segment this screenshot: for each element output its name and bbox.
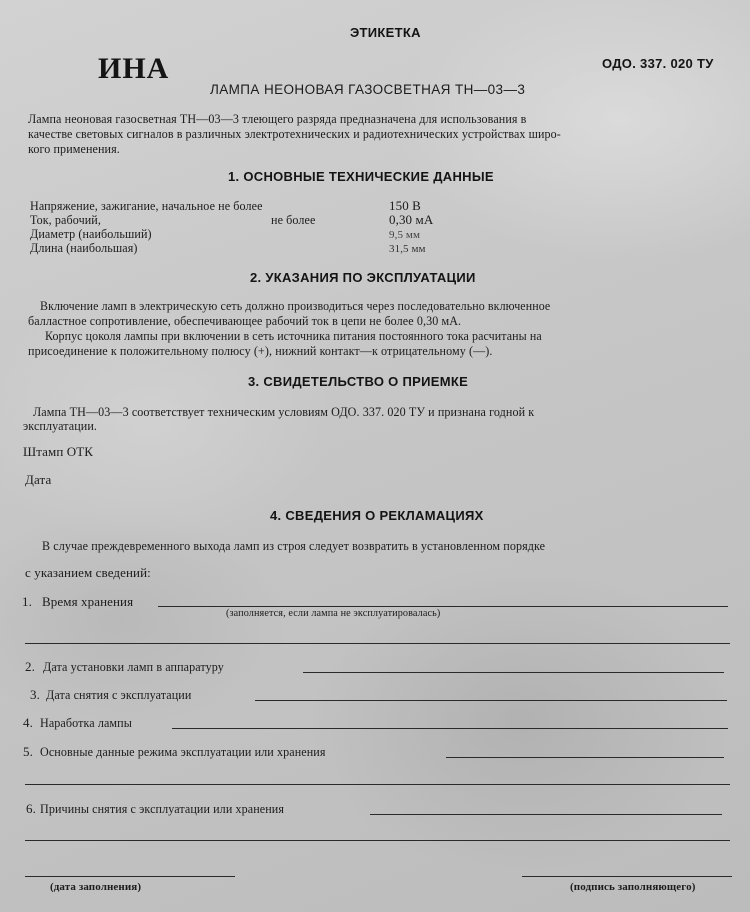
param-value: 31,5 мм: [389, 242, 426, 257]
field-input-line[interactable]: [303, 672, 724, 673]
field-input-line[interactable]: [370, 814, 722, 815]
param-label: Ток, рабочий,: [30, 212, 101, 227]
field-number: 1.: [22, 594, 32, 609]
param-value: 0,30 мА: [389, 212, 433, 227]
acceptance-line-1: Лампа ТН—03—3 соответствует техническим …: [33, 404, 534, 419]
standard-code: ОДО. 337. 020 ТУ: [602, 56, 714, 71]
field-number: 2.: [25, 659, 35, 674]
claims-intro-line-2: с указанием сведений:: [25, 565, 151, 580]
field-label: Наработка лампы: [40, 715, 132, 730]
field-number: 6.: [26, 801, 36, 816]
param-label: Напряжение, зажигание, начальное не боле…: [30, 198, 263, 213]
claims-intro-line-1: В случае преждевременного выхода ламп из…: [42, 538, 545, 553]
operation-p2-line1: Корпус цоколя лампы при включении в сеть…: [45, 328, 542, 343]
field-label: Дата установки ламп в аппаратуру: [43, 659, 224, 674]
fill-date-caption: (дата заполнения): [50, 880, 141, 895]
field-input-line[interactable]: [172, 728, 728, 729]
param-label: Диаметр (наибольший): [30, 226, 152, 241]
field-note: (заполняется, если лампа не эксплуатиров…: [226, 606, 440, 621]
signature-line[interactable]: [522, 876, 732, 877]
field-number: 3.: [30, 687, 40, 702]
field-input-line[interactable]: [255, 700, 727, 701]
param-limit: не более: [271, 212, 315, 227]
operation-p2-line2: присоединение к положительному полюсу (+…: [28, 343, 493, 358]
continuation-line[interactable]: [25, 643, 730, 644]
otk-stamp-label: Штамп ОТК: [23, 444, 93, 459]
intro-line-2: качестве световых сигналов в различных э…: [28, 126, 561, 141]
field-label: Дата снятия с эксплуатации: [46, 687, 191, 702]
param-value: 150 В: [389, 198, 421, 213]
field-label: Основные данные режима эксплуатации или …: [40, 744, 326, 759]
acceptance-line-2: эксплуатации.: [23, 418, 97, 433]
intro-line-1: Лампа неоновая газосветная ТН—03—3 тлеющ…: [28, 111, 526, 126]
param-label: Длина (наибольшая): [30, 240, 137, 255]
field-number: 5.: [23, 744, 33, 759]
field-label: Причины снятия с эксплуатации или хранен…: [40, 801, 284, 816]
field-number: 4.: [23, 715, 33, 730]
date-label: Дата: [25, 472, 51, 487]
signature-caption: (подпись заполняющего): [570, 880, 695, 895]
section-3-title: 3. СВИДЕТЕЛЬСТВО О ПРИЕМКЕ: [248, 374, 468, 389]
label-title: ЭТИКЕТКА: [350, 25, 421, 40]
intro-line-3: кого применения.: [28, 141, 120, 156]
field-label: Время хранения: [42, 594, 133, 609]
brand-logo: ИНА: [98, 52, 169, 86]
continuation-line[interactable]: [25, 784, 730, 785]
section-2-title: 2. УКАЗАНИЯ ПО ЭКСПЛУАТАЦИИ: [250, 270, 476, 285]
operation-p1-line1: Включение ламп в электрическую сеть долж…: [40, 298, 550, 313]
product-title: ЛАМПА НЕОНОВАЯ ГАЗОСВЕТНАЯ ТН—03—3: [210, 82, 525, 97]
param-value: 9,5 мм: [389, 228, 420, 243]
section-4-title: 4. СВЕДЕНИЯ О РЕКЛАМАЦИЯХ: [270, 508, 484, 523]
field-input-line[interactable]: [446, 757, 724, 758]
fill-date-line[interactable]: [25, 876, 235, 877]
section-1-title: 1. ОСНОВНЫЕ ТЕХНИЧЕСКИЕ ДАННЫЕ: [228, 169, 494, 184]
operation-p1-line2: балластное сопротивление, обеспечивающее…: [28, 313, 461, 328]
continuation-line[interactable]: [25, 840, 730, 841]
